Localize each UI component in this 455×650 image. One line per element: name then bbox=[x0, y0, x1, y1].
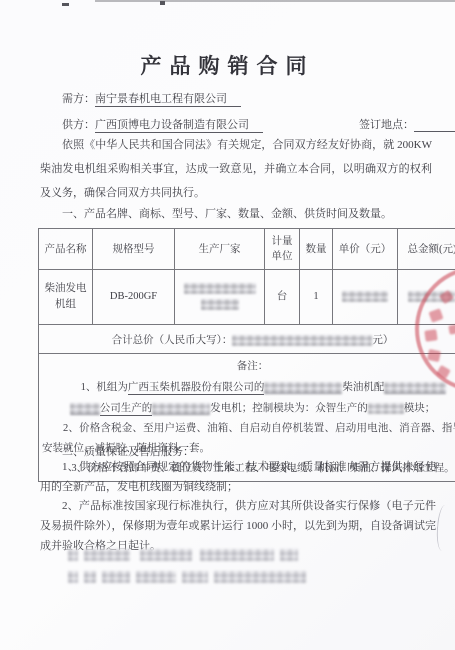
table-header-row: 产品名称 规格型号 生产厂家 计量单位 数量 单价（元） 总金额(元) bbox=[39, 229, 455, 270]
section2-item-1: 1、供方应按照合同规定的货物性能、技术要求、质量标准向需方提供未经使用的全新产品… bbox=[40, 457, 436, 497]
col-header-unit-price: 单价（元） bbox=[333, 229, 398, 270]
buyer-label: 需方： bbox=[62, 93, 95, 105]
grand-total-suffix: 元） bbox=[372, 335, 393, 346]
seal-glyph bbox=[427, 349, 441, 362]
col-header-total: 总金额(元) bbox=[398, 229, 455, 270]
section2-item-2: 2、产品标准按国家现行标准执行，供方应对其所供设备实行保修（电子元件及易损件除外… bbox=[40, 496, 436, 556]
redaction-block bbox=[384, 382, 446, 394]
table-total-row: 合计总价（人民币大写）：元） bbox=[39, 325, 455, 354]
redaction-block bbox=[342, 291, 388, 302]
col-header-model: 规格型号 bbox=[93, 229, 175, 270]
remark-1-line-2: 公司生产的发电机；控制模块为：众智生产的模块； bbox=[42, 398, 455, 419]
remark-1-line-1: 1、机组为广西玉柴机器股份有限公司的柴油机配 bbox=[42, 377, 455, 398]
redaction-block bbox=[368, 403, 404, 414]
redaction-block bbox=[70, 403, 100, 415]
intro-paragraph: 依照《中华人民共和国合同法》有关规定，合同双方经友好协商，就 200KW 柴油发… bbox=[40, 133, 432, 205]
supplier-name: 广西顶博电力设备制造有限公司 bbox=[95, 119, 263, 133]
redaction-block bbox=[152, 403, 210, 415]
supplier-label: 供方： bbox=[62, 119, 95, 131]
col-header-qty: 数量 bbox=[300, 229, 333, 270]
cell-product: 柴油发电机组 bbox=[39, 270, 93, 325]
cell-manufacturer-redacted bbox=[175, 270, 265, 325]
seal-glyph bbox=[424, 329, 437, 342]
remark-text: 发电机；控制模块为：众智生产的 bbox=[210, 403, 368, 414]
col-header-manufacturer: 生产厂家 bbox=[175, 229, 265, 270]
col-header-unit: 计量单位 bbox=[265, 229, 300, 270]
section1-title: 一、产品名牌、商标、型号、厂家、数量、金额、供货时间及数量。 bbox=[62, 205, 392, 221]
redaction-block bbox=[201, 299, 239, 310]
seal-glyph bbox=[448, 324, 455, 334]
remarks-label-line: 备注： bbox=[42, 356, 455, 377]
buyer-row: 需方：南宁景春机电工程有限公司 bbox=[62, 90, 241, 106]
page-title: 产品购销合同 bbox=[0, 50, 455, 80]
scan-edge-artifact bbox=[95, 0, 455, 2]
col-header-product: 产品名称 bbox=[39, 229, 93, 270]
scan-dust-mark bbox=[62, 3, 69, 6]
seal-glyph bbox=[436, 365, 451, 379]
remark-text: 1、机组为 bbox=[81, 382, 128, 393]
remark-text-underlined: 广西玉柴机器股份有限公司的 bbox=[128, 382, 265, 395]
contract-page: 产品购销合同 需方：南宁景春机电工程有限公司 供方：广西顶博电力设备制造有限公司… bbox=[0, 0, 455, 650]
scan-dust-mark bbox=[160, 1, 165, 5]
table-row: 柴油发电机组 DB-200GF 台 1 bbox=[39, 270, 455, 325]
redaction-block bbox=[184, 283, 256, 294]
redacted-line-1 bbox=[68, 549, 298, 561]
sign-place-blank bbox=[414, 120, 455, 132]
remark-text-underlined: 公司生产的 bbox=[100, 403, 153, 416]
cell-grand-total: 合计总价（人民币大写）：元） bbox=[39, 325, 455, 354]
grand-total-label: 合计总价（人民币大写）： bbox=[112, 335, 233, 346]
remark-text: 模块； bbox=[404, 403, 436, 414]
redaction-block bbox=[264, 382, 342, 394]
remark-text: 柴油机配 bbox=[342, 382, 384, 393]
sign-place: 签订地点： bbox=[359, 116, 455, 132]
supplier-row: 供方：广西顶博电力设备制造有限公司 签订地点： bbox=[62, 116, 442, 132]
cell-unit-price-redacted bbox=[333, 270, 398, 325]
pen-stroke-artifact bbox=[435, 505, 451, 552]
redacted-line-2 bbox=[68, 571, 313, 583]
seal-glyph bbox=[428, 308, 443, 322]
cell-qty: 1 bbox=[300, 270, 333, 325]
sign-place-label: 签订地点： bbox=[359, 119, 414, 131]
cell-unit: 台 bbox=[265, 270, 300, 325]
buyer-name: 南宁景春机电工程有限公司 bbox=[95, 93, 241, 107]
redaction-block bbox=[232, 335, 372, 346]
cell-model: DB-200GF bbox=[93, 270, 175, 325]
seal-glyph bbox=[439, 290, 454, 305]
